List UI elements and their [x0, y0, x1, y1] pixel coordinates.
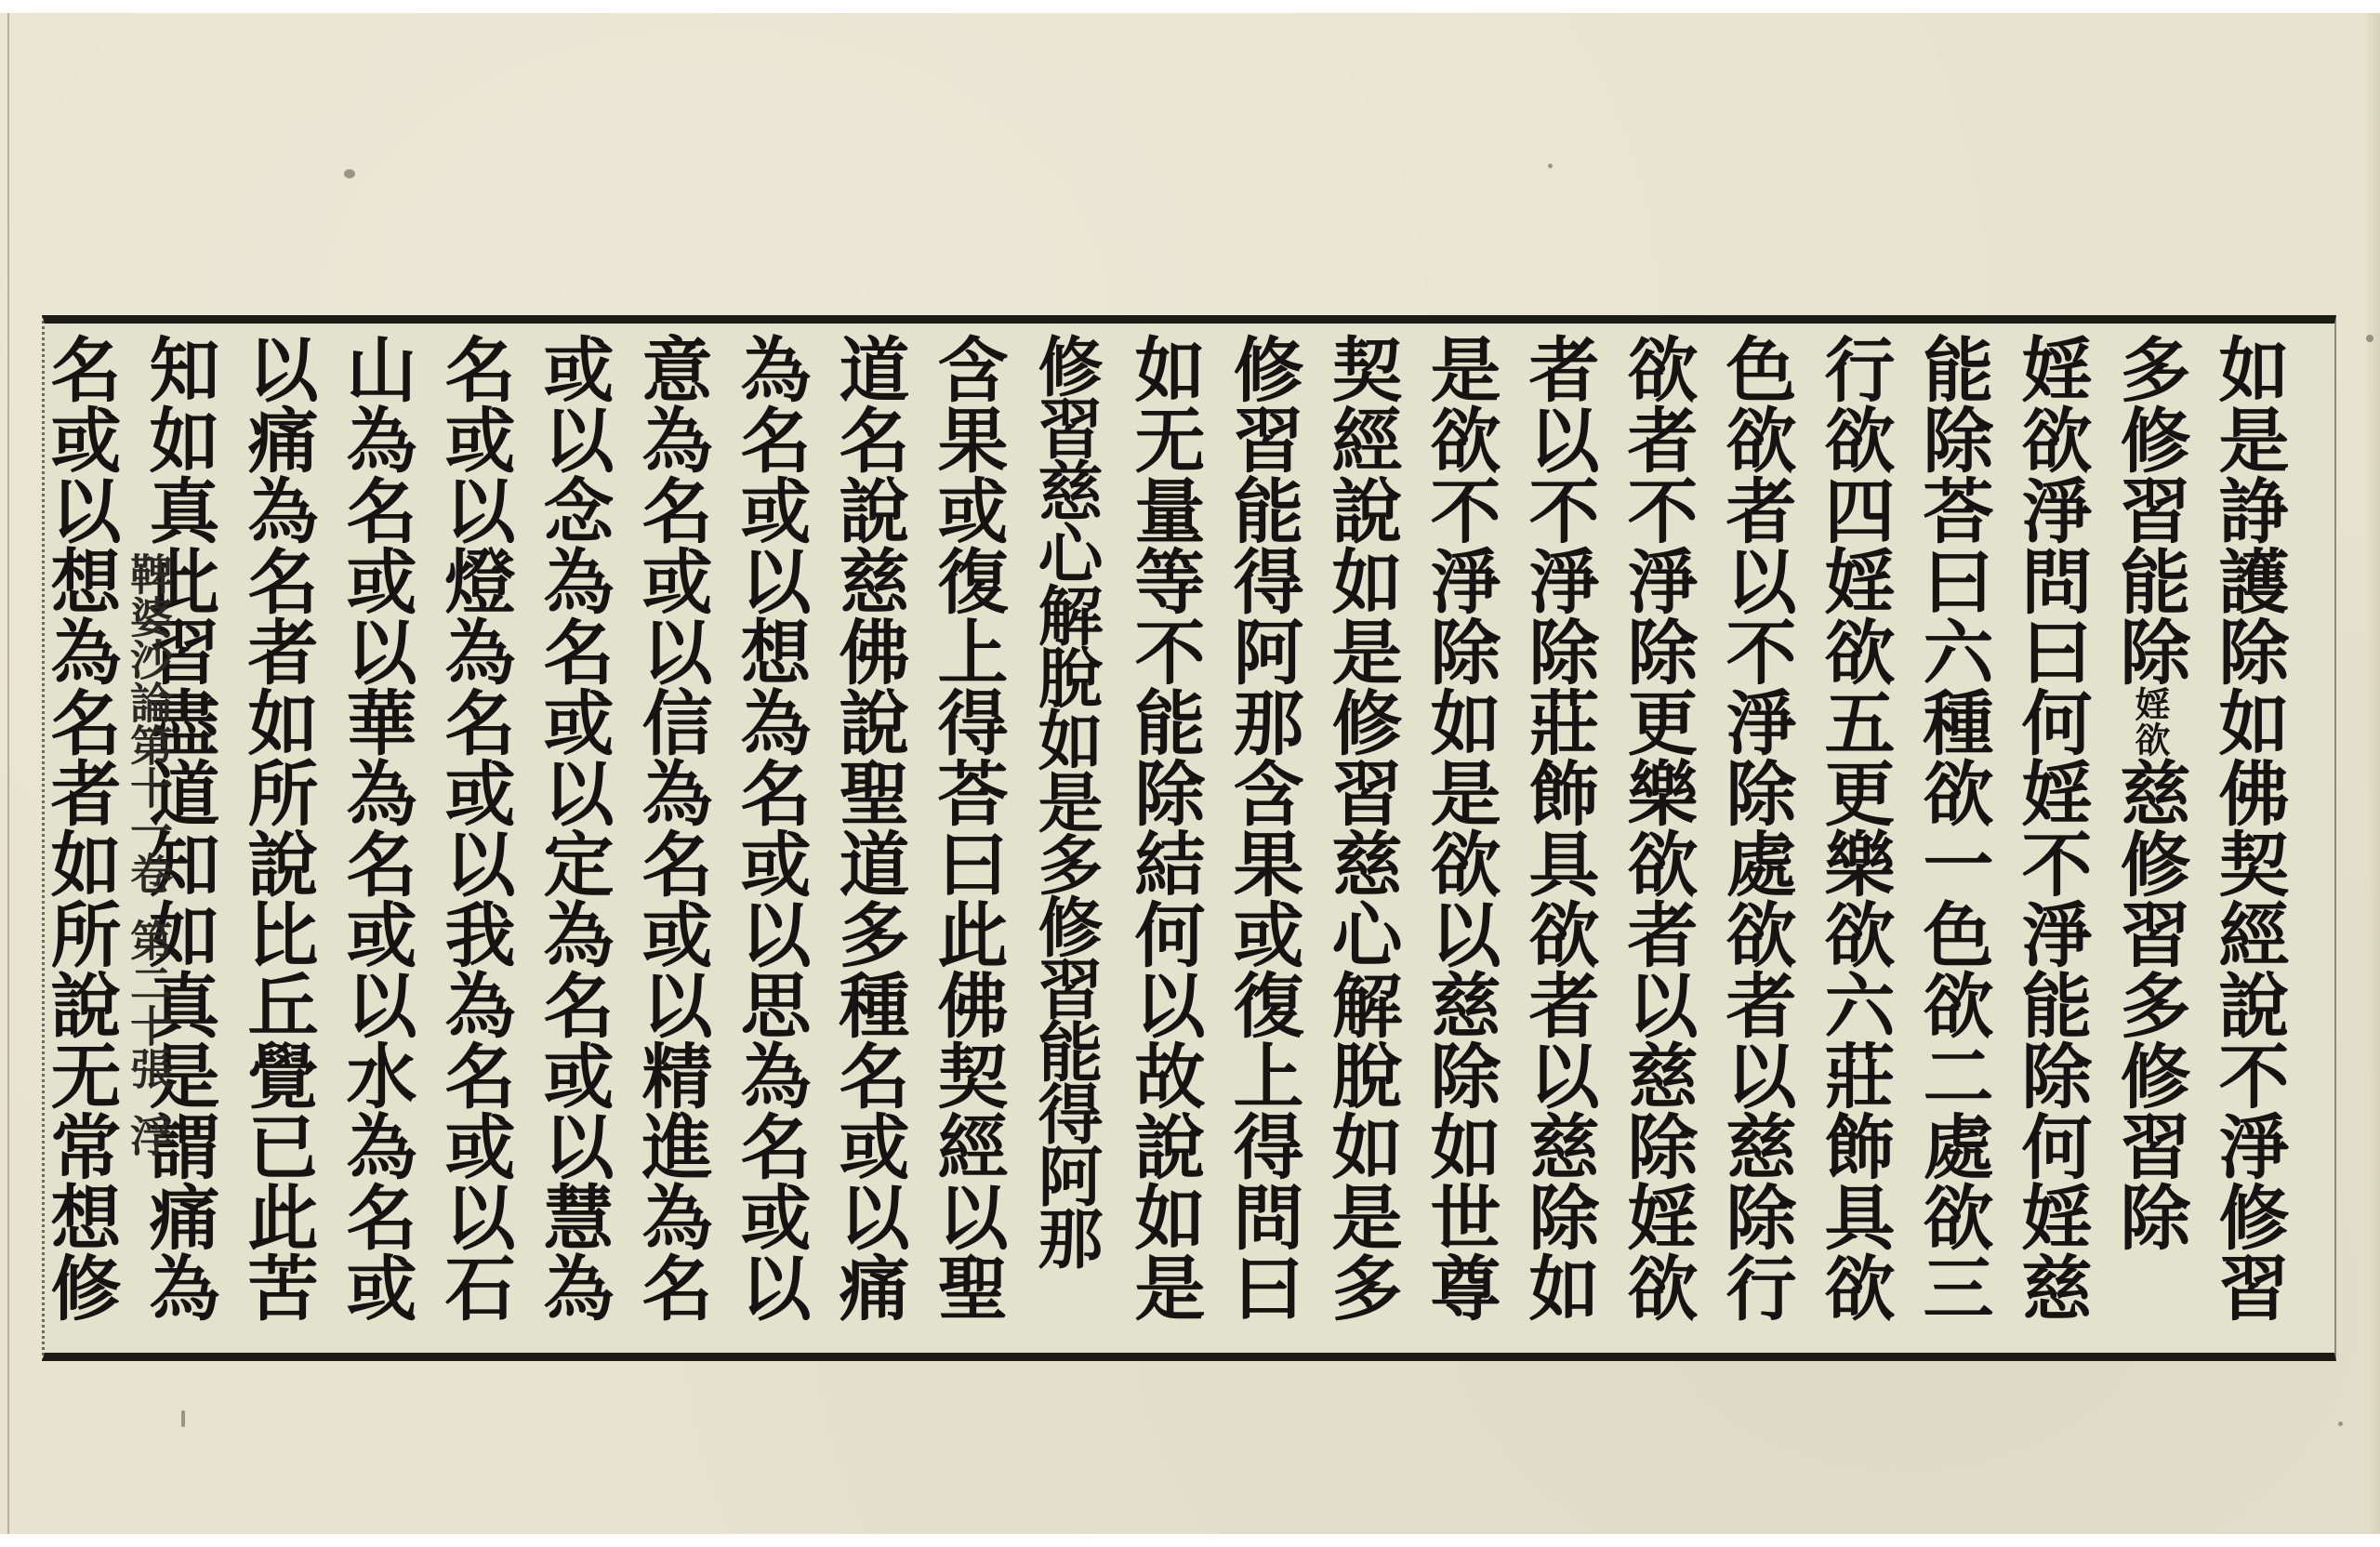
text-column-2-part-a: 多修習能除: [2109, 333, 2191, 686]
text-column-16: 為名或以想為名或以思為名或以: [721, 333, 819, 1351]
text-column-2: 多修習能除婬欲慈修習多修習除: [2100, 333, 2199, 1351]
text-column-2-part-b: 慈修習多修習除: [2109, 757, 2191, 1251]
paper-speck: [344, 169, 355, 178]
text-column-12: 如无量等不能除結何以故說如是: [1115, 333, 1213, 1351]
text-column-6: 色欲者以不淨除處欲者以慈除行: [1706, 333, 1805, 1351]
text-column-7: 欲者不淨除更樂欲者以慈除婬欲: [1607, 333, 1706, 1351]
paper-speck: [1548, 164, 1553, 168]
margin-book-title: 鞞婆沙論第十一卷: [124, 552, 174, 894]
text-column-20: 山為名或以華為名或以水為名或: [326, 333, 425, 1351]
text-column-13: 修習慈心解脫如是多修習能得阿那: [1016, 333, 1115, 1351]
margin-carver-mark: 浮: [124, 1114, 174, 1157]
text-column-19: 名或以燈為名或以我為名或以石: [425, 333, 523, 1351]
scanned-page: 如是諍護除如佛契經說不淨修習 多修習能除婬欲慈修習多修習除 婬欲淨問曰何婬不淨能…: [0, 13, 2380, 1534]
text-column-10: 契經說如是修習慈心解脫如是多: [1312, 333, 1410, 1351]
margin-folio-number: 第二十張: [124, 919, 174, 1090]
text-column-9: 是欲不淨除如是欲以慈除如世尊: [1410, 333, 1509, 1351]
text-column-3: 婬欲淨問曰何婬不淨能除何婬慈: [2002, 333, 2100, 1351]
text-column-4: 能除荅曰六種欲一色欲二處欲三: [1903, 333, 2002, 1351]
text-column-21: 以痛為名者如所說比丘覺已此苦: [228, 333, 326, 1351]
binding-fold-line: [7, 13, 9, 1534]
text-columns: 如是諍護除如佛契經說不淨修習 多修習能除婬欲慈修習多修習除 婬欲淨問曰何婬不淨能…: [31, 333, 2297, 1351]
paper-speck: [2366, 335, 2373, 342]
text-column-5: 行欲四婬欲五更樂欲六莊飾具欲: [1805, 333, 1903, 1351]
small-annotation-characters: 婬欲: [2132, 686, 2167, 757]
text-column-15: 道名說慈佛說聖道多種名或以痛: [819, 333, 918, 1351]
text-column-14: 含果或復上得荅曰此佛契經以聖: [918, 333, 1016, 1351]
margin-title-line: 鞞婆沙論第十一卷第二十張浮: [107, 552, 191, 1203]
page-right-edge: [2367, 13, 2380, 1534]
printed-text-frame: 如是諍護除如佛契經說不淨修習 多修習能除婬欲慈修習多修習除 婬欲淨問曰何婬不淨能…: [42, 315, 2336, 1361]
text-column-8: 者以不淨除莊飾具欲者以慈除如: [1509, 333, 1607, 1351]
paper-speck: [181, 1410, 185, 1427]
text-column-18: 或以念為名或以定為名或以慧為: [523, 333, 622, 1351]
text-column-17: 意為名或以信為名或以精進為名: [622, 333, 721, 1351]
paper-speck: [2338, 1421, 2343, 1426]
text-column-11: 修習能得阿那含果或復上得問曰: [1213, 333, 1312, 1351]
text-column-1: 如是諍護除如佛契經說不淨修習: [2199, 333, 2297, 1351]
